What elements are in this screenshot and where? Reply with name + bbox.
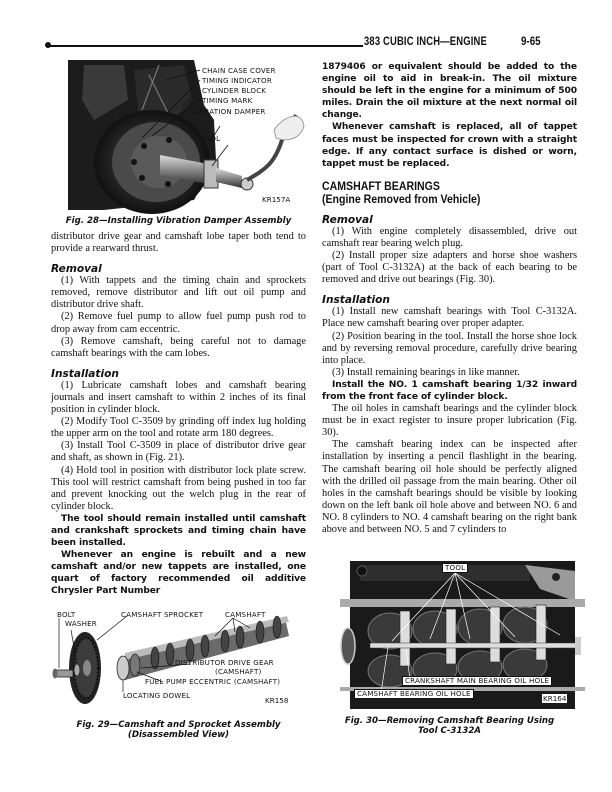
bearing-installation-step-2: (2) Position bearing in the tool. Instal… bbox=[322, 331, 577, 367]
installation-step-3: (3) Install Tool C-3509 in place of dist… bbox=[51, 440, 306, 464]
page-number: 9-65 bbox=[521, 36, 541, 48]
removal-heading: Removal bbox=[51, 263, 306, 275]
label-tool: TOOL bbox=[442, 563, 468, 573]
bearing-removal-step-2: (2) Install proper size adapters and hor… bbox=[322, 250, 577, 286]
left-column: distributor drive gear and camshaft lobe… bbox=[51, 231, 306, 598]
label-chain-case-cover: CHAIN CASE COVER bbox=[202, 67, 276, 75]
figure-30-caption-line-1: Fig. 30—Removing Camshaft Bearing Using bbox=[322, 716, 577, 726]
label-locating-dowel: LOCATING DOWEL bbox=[123, 692, 190, 700]
figure-code: KR158 bbox=[265, 696, 288, 705]
intro-paragraph: distributor drive gear and camshaft lobe… bbox=[51, 231, 306, 255]
label-vibration-damper: VIBRATION DAMPER bbox=[192, 108, 266, 116]
figure-28: CHAIN CASE COVER TIMING INDICATOR CYLIND… bbox=[64, 60, 304, 210]
figure-29-caption-line-1: Fig. 29—Camshaft and Sprocket Assembly bbox=[51, 720, 306, 730]
installation-step-1: (1) Lubricate camshaft lobes and camshaf… bbox=[51, 380, 306, 416]
label-camshaft: CAMSHAFT bbox=[225, 611, 266, 619]
figure-30-caption-line-2: Tool C-3132A bbox=[322, 726, 577, 736]
label-distributor-drive-gear: DISTRIBUTOR DRIVE GEAR bbox=[175, 659, 274, 667]
tool-note: The tool should remain installed until c… bbox=[51, 513, 306, 549]
removal-step-1: (1) With tappets and the timing chain an… bbox=[51, 275, 306, 311]
label-camshaft-sprocket: CAMSHAFT SPROCKET bbox=[121, 611, 203, 619]
installation-step-2: (2) Modify Tool C-3509 by grinding off i… bbox=[51, 416, 306, 440]
bearing-installation-step-1: (1) Install new camshaft bearings with T… bbox=[322, 306, 577, 330]
oil-additive-note: Whenever an engine is rebuilt and a new … bbox=[51, 549, 306, 597]
label-camshaft-bearing-oil-hole: CAMSHAFT BEARING OIL HOLE bbox=[354, 689, 474, 699]
running-title: 383 CUBIC INCH—ENGINE bbox=[364, 36, 487, 48]
label-timing-mark: TIMING MARK bbox=[202, 97, 252, 105]
installation-heading: Installation bbox=[51, 368, 306, 380]
section-subtitle: (Engine Removed from Vehicle) bbox=[322, 193, 546, 206]
header-rule bbox=[48, 45, 363, 47]
label-bolt: BOLT bbox=[57, 611, 75, 619]
camshaft-bearing-removal-illustration bbox=[340, 561, 585, 709]
right-column: 1879406 or equivalent should be added to… bbox=[322, 61, 577, 536]
label-washer: WASHER bbox=[65, 620, 97, 628]
removal-step-3: (3) Remove camshaft, being careful not t… bbox=[51, 336, 306, 360]
installation-step-4: (4) Hold tool in position with distribut… bbox=[51, 465, 306, 513]
figure-30: TOOL CRANKSHAFT MAIN BEARING OIL HOLE CA… bbox=[340, 561, 585, 709]
figure-29-caption-line-2: (Disassembled View) bbox=[51, 730, 306, 740]
bearing-removal-heading: Removal bbox=[322, 214, 577, 226]
label-tool: TOOL bbox=[200, 135, 220, 143]
bearing-removal-step-1: (1) With engine completely disassembled,… bbox=[322, 226, 577, 250]
label-cylinder-block: CYLINDER BLOCK bbox=[202, 87, 266, 95]
bearing-installation-heading: Installation bbox=[322, 294, 577, 306]
label-fuel-pump-eccentric: FUEL PUMP ECCENTRIC (CAMSHAFT) bbox=[145, 678, 280, 686]
no1-bearing-note: Install the NO. 1 camshaft bearing 1/32 … bbox=[322, 379, 577, 403]
figure-code: KR157A bbox=[262, 195, 290, 204]
bearing-installation-step-3: (3) Install remaining bearings in like m… bbox=[322, 367, 577, 379]
removal-step-2: (2) Remove fuel pump to allow fuel pump … bbox=[51, 311, 306, 335]
label-crankshaft-main-bearing-oil-hole: CRANKSHAFT MAIN BEARING OIL HOLE bbox=[402, 676, 552, 686]
label-timing-indicator: TIMING INDICATOR bbox=[202, 77, 272, 85]
label-camshaft-sub: (CAMSHAFT) bbox=[215, 668, 261, 676]
bearing-index-paragraph: The camshaft bearing index can be inspec… bbox=[322, 439, 577, 536]
figure-29: BOLT WASHER CAMSHAFT SPROCKET CAMSHAFT D… bbox=[55, 608, 305, 710]
figure-28-caption: Fig. 28—Installing Vibration Damper Asse… bbox=[51, 216, 306, 226]
oil-additive-continued: 1879406 or equivalent should be added to… bbox=[322, 61, 577, 121]
figure-code: KR164 bbox=[542, 694, 567, 703]
oil-holes-paragraph: The oil holes in camshaft bearings and t… bbox=[322, 403, 577, 439]
tappet-note: Whenever camshaft is replaced, all of ta… bbox=[322, 121, 577, 169]
